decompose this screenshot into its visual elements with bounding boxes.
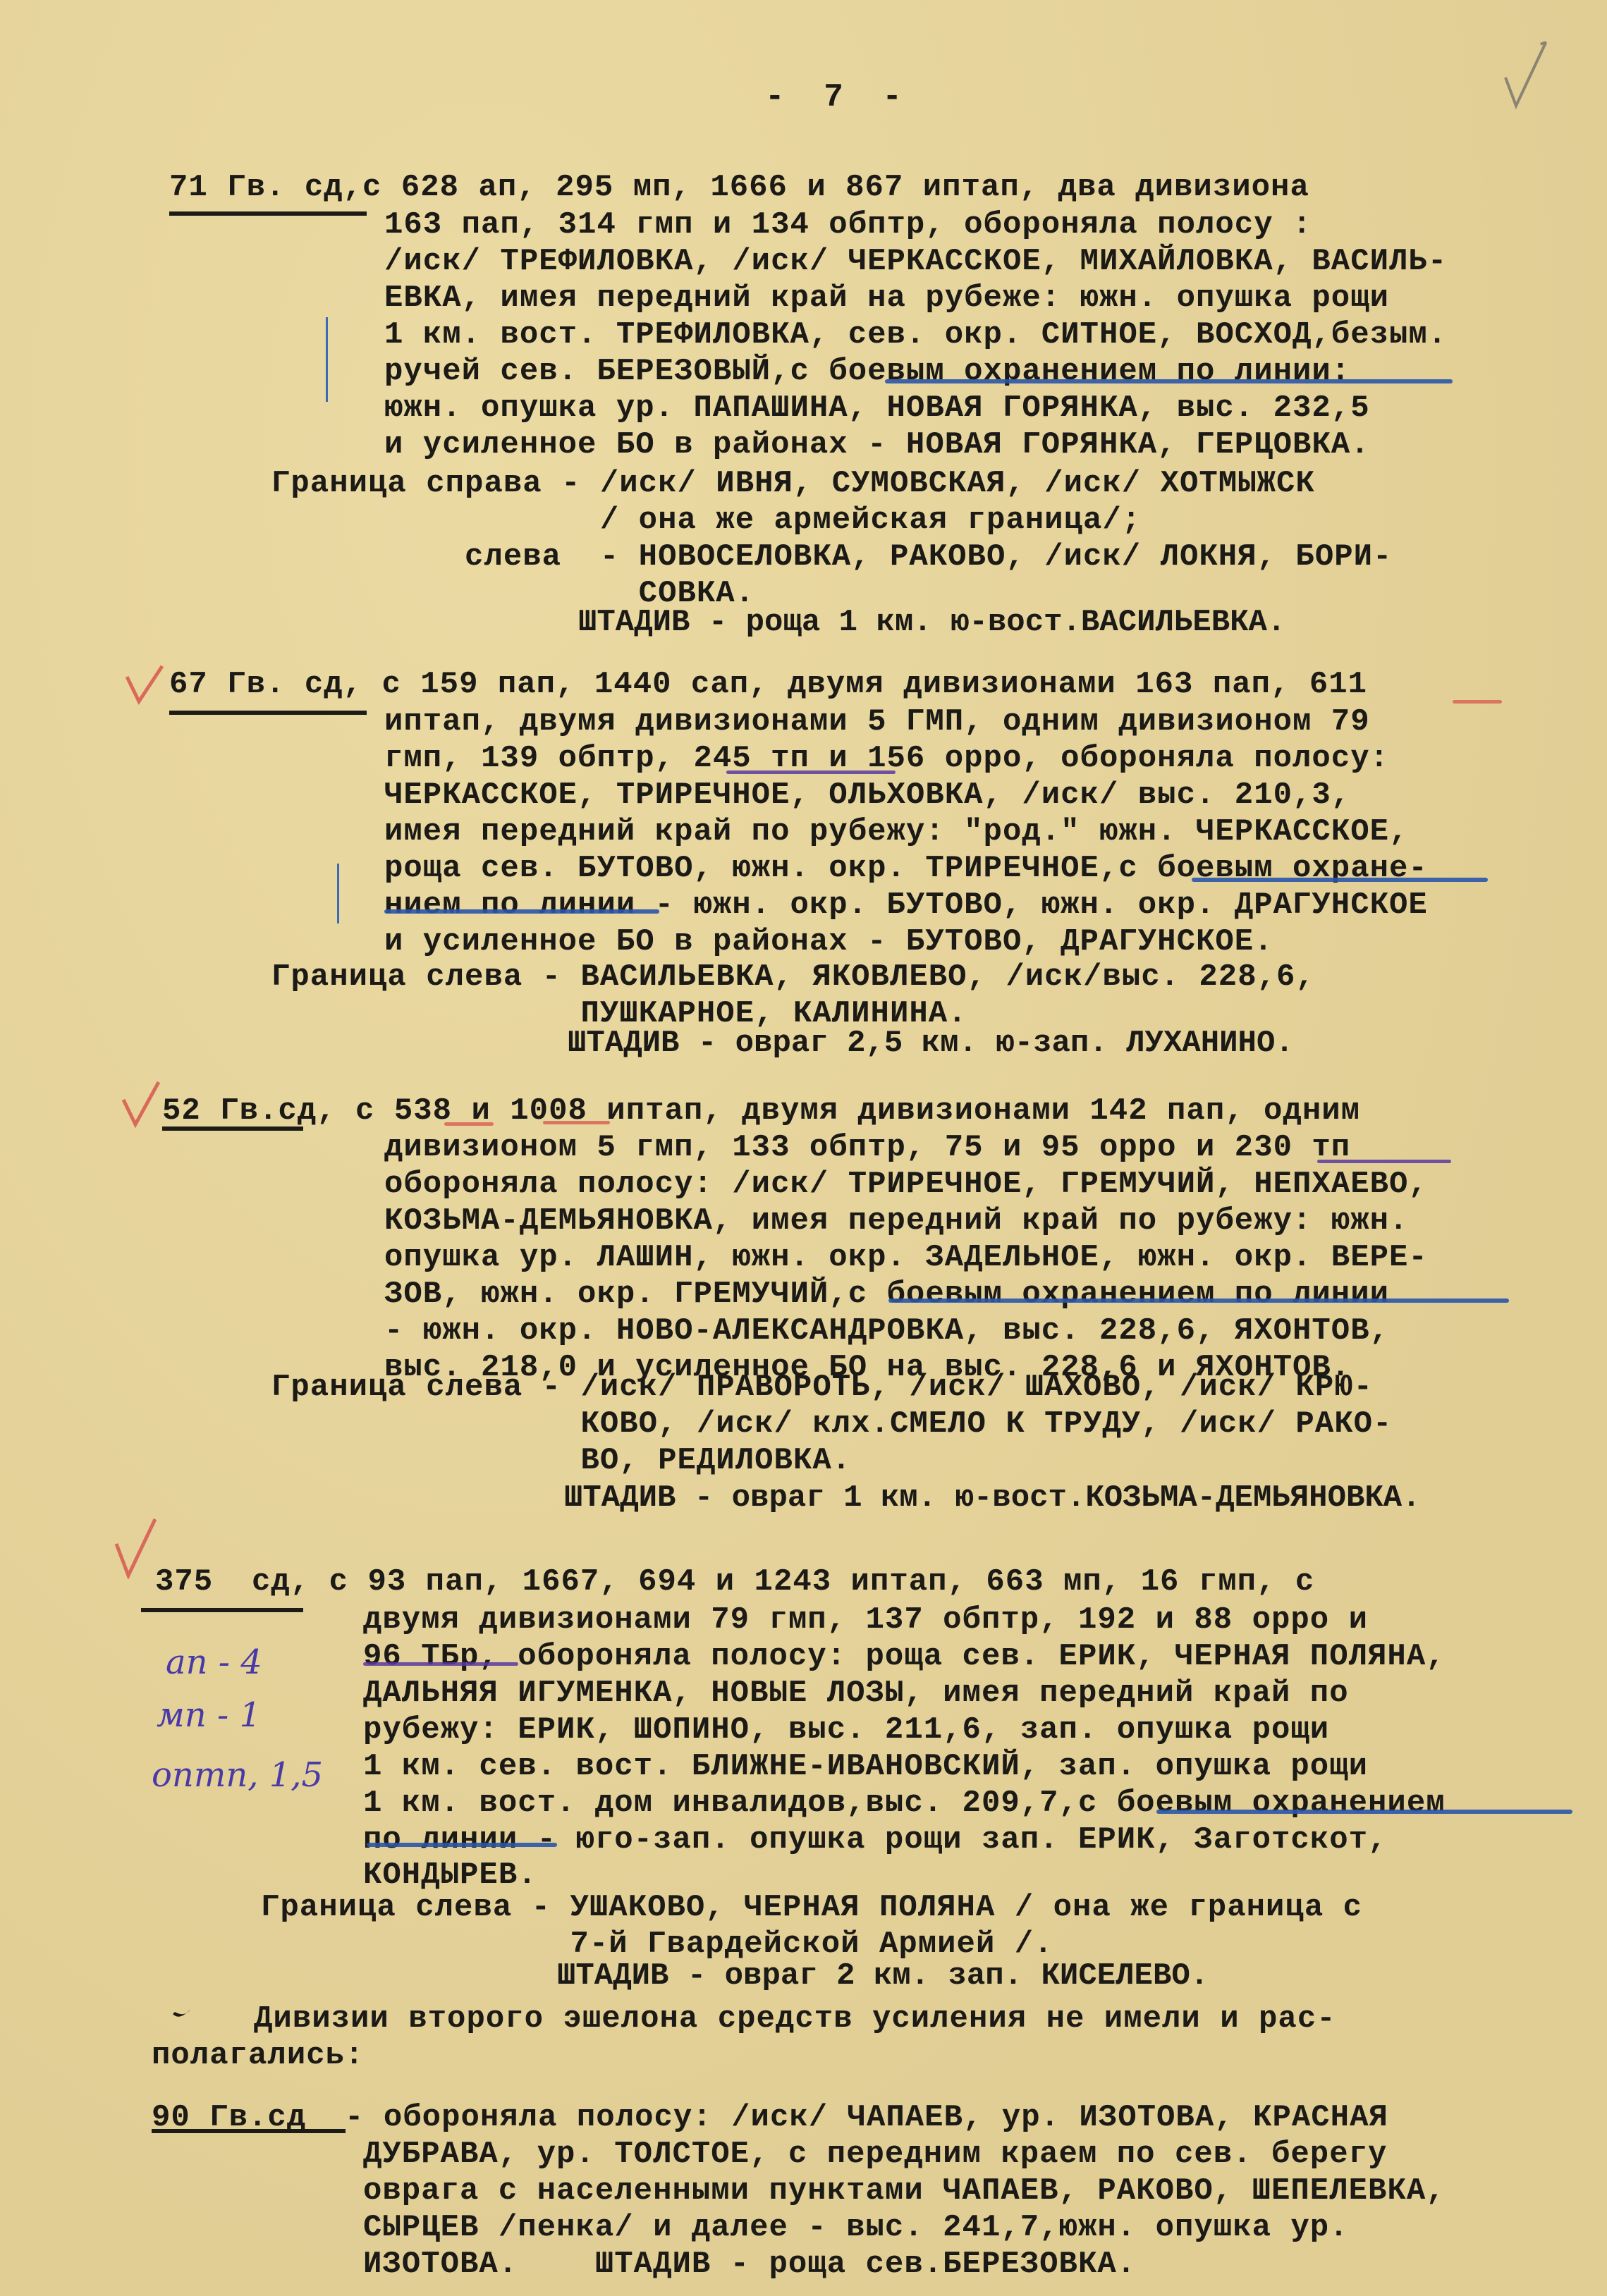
entry-line: оврага с населенными пунктами ЧАПАЕВ, РА…	[363, 2173, 1446, 2209]
entry-line: /иск/ ТРЕФИЛОВКА, /иск/ ЧЕРКАССКОЕ, МИХА…	[384, 243, 1447, 280]
hq-location: ШТАДИВ - овраг 1 км. ю-вост.КОЗЬМА-ДЕМЬЯ…	[564, 1480, 1421, 1516]
entry-line: ЗОВ, южн. окр. ГРЕМУЧИЙ,с боевым охранен…	[384, 1276, 1389, 1313]
handwritten-margin-note: оптп, 1,5	[152, 1755, 323, 1795]
entry-line: 1 км. сев. вост. БЛИЖНЕ-ИВАНОВСКИЙ, зап.…	[363, 1748, 1368, 1785]
entry-line: ДУБРАВА, ур. ТОЛСТОЕ, с передним краем п…	[363, 2136, 1387, 2173]
red-check-mark-icon	[120, 1079, 162, 1128]
blue-pencil-underline	[1156, 1810, 1572, 1814]
purple-pencil-underline	[726, 771, 896, 774]
entry-line: рубежу: ЕРИК, ШОПИНО, выс. 211,6, зап. о…	[363, 1712, 1329, 1748]
intro-line: полагались:	[152, 2037, 364, 2074]
red-pencil-underline	[444, 1122, 494, 1126]
entry-line: 52 Гв.сд, с 538 и 1008 иптап, двумя диви…	[162, 1093, 1360, 1129]
archival-document-page: - 7 - 71 Гв. сд,с 628 ап, 295 мп, 1666 и…	[0, 0, 1607, 2296]
entry-line: южн. опушка ур. ПАПАШИНА, НОВАЯ ГОРЯНКА,…	[384, 390, 1370, 426]
entry-line: ЕВКА, имея передний край на рубеже: южн.…	[384, 280, 1389, 317]
page-number: - 7 -	[765, 79, 912, 116]
boundary-line: КОВО, /иск/ клх.СМЕЛО К ТРУДУ, /иск/ РАК…	[271, 1406, 1392, 1442]
entry-line: по линии - юго-зап. опушка рощи зап. ЕРИ…	[363, 1822, 1387, 1858]
entry-line: и усиленное БО в районах - БУТОВО, ДРАГУ…	[384, 923, 1273, 960]
blue-margin-mark	[337, 864, 339, 923]
entry-line: ИЗОТОВА. ШТАДИВ - роща сев.БЕРЕЗОВКА.	[363, 2246, 1136, 2283]
entry-line: КОЗЬМА-ДЕМЬЯНОВКА, имея передний край по…	[384, 1203, 1408, 1239]
boundary-line: Граница слева - ВАСИЛЬЕВКА, ЯКОВЛЕВО, /и…	[271, 959, 1315, 995]
boundary-line: Граница слева - /иск/ ПРАВОРОТЬ, /иск/ Ш…	[271, 1369, 1373, 1406]
unit-underline	[162, 1126, 303, 1131]
boundary-line: Граница слева - УШАКОВО, ЧЕРНАЯ ПОЛЯНА /…	[261, 1889, 1362, 1926]
entry-line: имея передний край по рубежу: "род." южн…	[384, 814, 1408, 850]
entry-line: иптап, двумя дивизионами 5 ГМП, одним ди…	[384, 704, 1370, 740]
boundary-line: 7-й Гвардейской Армией /.	[261, 1926, 1053, 1963]
entry-line: опушка ур. ЛАШИН, южн. окр. ЗАДЕЛЬНОЕ, ю…	[384, 1239, 1428, 1276]
blue-pencil-underline	[1192, 878, 1488, 882]
entry-line: ручей сев. БЕРЕЗОВЫЙ,с боевым охранением…	[384, 353, 1350, 390]
pencil-check-mark-icon	[1502, 39, 1551, 109]
entry-line: 1 км. вост. дом инвалидов,выс. 209,7,с б…	[363, 1785, 1446, 1822]
entry-line: КОНДЫРЕВ.	[363, 1857, 537, 1893]
entry-line: 163 пап, 314 гмп и 134 обптр, обороняла …	[384, 207, 1312, 243]
entry-line: нием по линии - южн. окр. БУТОВО, южн. о…	[384, 887, 1428, 923]
entry-line: и усиленное БО в районах - НОВАЯ ГОРЯНКА…	[384, 426, 1370, 463]
ink-blot-mark-icon	[169, 2003, 197, 2025]
entry-line: 96 ТБр, обороняла полосу: роща сев. ЕРИК…	[363, 1638, 1446, 1675]
blue-pencil-underline	[384, 909, 659, 914]
entry-line: 67 Гв. сд, с 159 пап, 1440 сап, двумя ди…	[169, 666, 1367, 703]
blue-margin-mark	[326, 317, 328, 402]
red-check-mark-icon	[113, 1516, 159, 1579]
hq-location: ШТАДИВ - овраг 2,5 км. ю-зап. ЛУХАНИНО.	[568, 1026, 1294, 1061]
entry-line: ДАЛЬНЯЯ ИГУМЕНКА, НОВЫЕ ЛОЗЫ, имея перед…	[363, 1675, 1349, 1712]
boundary-line: ВО, РЕДИЛОВКА.	[271, 1442, 851, 1479]
purple-pencil-underline	[363, 1662, 518, 1666]
red-pencil-underline	[543, 1121, 610, 1124]
red-pencil-underline	[1453, 700, 1502, 704]
blue-pencil-underline	[885, 379, 1453, 383]
entry-line: дивизионом 5 гмп, 133 обптр, 75 и 95 орр…	[384, 1129, 1350, 1166]
hq-location: ШТАДИВ - овраг 2 км. зап. КИСЕЛЕВО.	[557, 1958, 1209, 1994]
handwritten-margin-note: мп - 1	[157, 1695, 261, 1735]
unit-underline	[141, 1608, 303, 1612]
entry-line: 375 сд, с 93 пап, 1667, 694 и 1243 иптап…	[155, 1564, 1314, 1600]
entry-line: СЫРЦЕВ /пенка/ и далее - выс. 241,7,южн.…	[363, 2209, 1349, 2246]
unit-underline	[152, 2129, 346, 2133]
entry-line: - южн. окр. НОВО-АЛЕКСАНДРОВКА, выс. 228…	[384, 1313, 1389, 1349]
unit-underline	[169, 711, 367, 715]
purple-pencil-underline	[1317, 1160, 1451, 1163]
boundary-line: / она же армейская граница/;	[271, 502, 1141, 539]
entry-line: обороняла полосу: /иск/ ТРИРЕЧНОЕ, ГРЕМУ…	[384, 1166, 1428, 1203]
boundary-line: слева - НОВОСЕЛОВКА, РАКОВО, /иск/ ЛОКНЯ…	[271, 539, 1392, 575]
entry-line: двумя дивизионами 79 гмп, 137 обптр, 192…	[363, 1602, 1368, 1638]
entry-line: 1 км. вост. ТРЕФИЛОВКА, сев. окр. СИТНОЕ…	[384, 317, 1447, 353]
entry-line: ЧЕРКАССКОЕ, ТРИРЕЧНОЕ, ОЛЬХОВКА, /иск/ в…	[384, 777, 1350, 814]
red-check-mark-icon	[123, 663, 166, 705]
handwritten-margin-note: ап - 4	[166, 1643, 262, 1682]
intro-line: Дивизии второго эшелона средств усиления…	[254, 2001, 1336, 2037]
entry-line: 71 Гв. сд,с 628 ап, 295 мп, 1666 и 867 и…	[169, 169, 1309, 206]
hq-location: ШТАДИВ - роща 1 км. ю-вост.ВАСИЛЬЕВКА.	[578, 605, 1285, 640]
unit-underline	[169, 211, 367, 216]
blue-pencil-underline	[888, 1299, 1509, 1303]
boundary-line: Граница справа - /иск/ ИВНЯ, СУМОВСКАЯ, …	[271, 465, 1315, 502]
blue-pencil-underline	[367, 1843, 557, 1847]
